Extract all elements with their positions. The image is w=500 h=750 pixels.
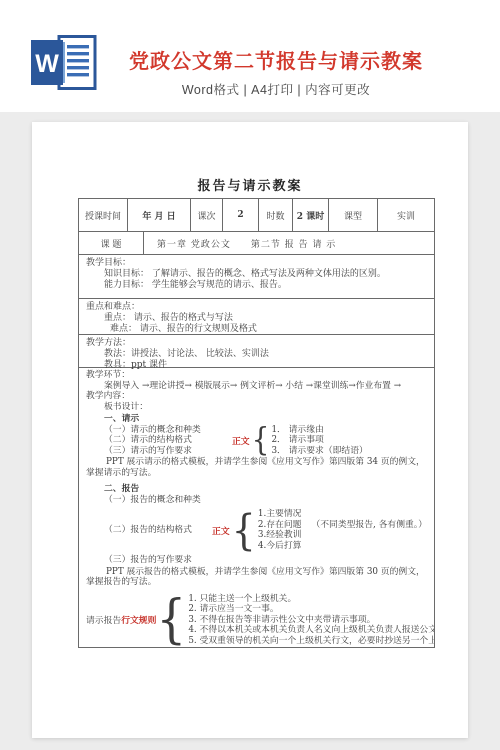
goals-heading: 教学目标： (86, 258, 427, 269)
s2-brace-items: 1.主要情况 2.存在问题（不同类型报告, 各有侧重。） 3.经验教训 4.今后… (258, 509, 427, 551)
rule-4: 4. 不得以本机关或本机关负责人名义向上级机关负责人报送公文。 (188, 625, 434, 636)
focus-heading: 重点和难点： (86, 302, 427, 313)
brace-left-icon: { (232, 509, 256, 551)
s2-ppt-note: PPT 展示报告的格式模板，并请学生参阅《应用文写作》第四版第 30 页的例文，… (86, 567, 427, 588)
value-course-type: 实训 (378, 199, 434, 231)
key-points-block: 重点和难点： 重点： 请示、报告的格式与写法 难点： 请示、报告的行文规则及格式 (79, 299, 434, 335)
page-header: W 党政公文第二节报告与请示教案 Word格式 | A4打印 | 内容可更改 (0, 0, 500, 112)
writing-rules-group: 请示报告行文规则 { 1. 只能主送一个上级机关。 2. 请示应当一文一事。 3… (86, 594, 427, 647)
methods-heading: 教学方法： (86, 338, 427, 349)
s2-item3: （三）报告的写作要求 (86, 555, 427, 566)
s1-ppt-note: PPT 展示请示的格式模板，并请学生参阅《应用文写作》第四版第 34 页的例文，… (86, 457, 427, 478)
s2-brace-item2-text: 2.存在问题 (258, 520, 302, 530)
goals-knowledge: 知识目标： 了解请示、报告的概念、格式写法及两种文体用法的区别。 (86, 269, 427, 280)
process-heading: 教学环节： (86, 370, 427, 381)
product-subtitle: Word格式 | A4打印 | 内容可更改 (0, 80, 500, 98)
rules-items: 1. 只能主送一个上级机关。 2. 请示应当一文一事。 3. 不得在报告等非请示… (188, 594, 434, 647)
rule-3: 3. 不得在报告等非请示性公文中夹带请示事项。 (188, 615, 434, 626)
value-class-date: 年 月 日 (128, 199, 191, 231)
s1-body-label: 正文 (232, 434, 250, 447)
value-lesson-no: 2 (223, 199, 259, 231)
section1-structure-group: （一）请示的概念和种类 （二）请示的结构格式 （三）请示的写作要求 正文 { 1… (86, 425, 427, 457)
s1-brace-item2: 2． 请示事项 (271, 435, 367, 446)
s1-item2: （二）请示的结构格式 (86, 435, 232, 446)
goals-ability: 能力目标： 学生能够会写规范的请示、报告。 (86, 280, 427, 291)
product-title: 党政公文第二节报告与请示教案 (0, 45, 500, 74)
teaching-methods-block: 教学方法： 教法：讲授法、讨论法、 比较法、实训法 教具：ppt 课件 (79, 335, 434, 368)
methods-teach: 教法：讲授法、讨论法、 比较法、实训法 (86, 349, 427, 360)
s2-brace-item4: 4.今后打算 (258, 541, 427, 552)
process-flow: 案例导入 →理论讲授→ 模版展示→ 例文评析→ 小结 →课堂训练→作业布置 → (86, 381, 427, 392)
section1-items: （一）请示的概念和种类 （二）请示的结构格式 （三）请示的写作要求 (86, 425, 232, 457)
rules-label-red: 行文规则 (121, 616, 156, 626)
s2-item2: （二）报告的结构格式 (86, 525, 212, 536)
label-lesson-no: 课次 (191, 199, 223, 231)
brace-left-icon: { (252, 424, 270, 456)
s1-item3: （三）请示的写作要求 (86, 446, 232, 457)
s2-brace-item1: 1.主要情况 (258, 509, 427, 520)
rules-label-black: 请示报告 (86, 616, 121, 626)
s1-brace-items: 1． 请示缘由 2． 请示事项 3． 请示要求（即结语） (271, 425, 367, 457)
teaching-process-block: 教学环节： 案例导入 →理论讲授→ 模版展示→ 例文评析→ 小结 →课堂训练→作… (79, 368, 434, 647)
rule-1: 1. 只能主送一个上级机关。 (188, 594, 434, 605)
document-title: 报告与请示教案 (32, 175, 468, 194)
s2-brace-item2-note: （不同类型报告, 各有侧重。） (311, 520, 427, 530)
info-row: 授课时间 年 月 日 课次 2 时数 2 课时 课型 实训 (79, 199, 434, 232)
s2-brace-item3: 3.经验教训 (258, 530, 427, 541)
lesson-plan-table: 授课时间 年 月 日 课次 2 时数 2 课时 课型 实训 课 题 第一章 党政… (78, 198, 435, 648)
rules-label: 请示报告行文规则 (86, 613, 156, 626)
board-design-heading: 板书设计： (86, 402, 427, 413)
rule-5: 5. 受双重领导的机关向一个上级机关行文，必要时抄送另一个上级机关。 (188, 636, 434, 647)
s2-left: （二）报告的结构格式 (86, 525, 212, 536)
subject-row: 课 题 第一章 党政公文 第二节 报 告 请 示 (79, 232, 434, 255)
section2-structure-group: （二）报告的结构格式 正文 { 1.主要情况 2.存在问题（不同类型报告, 各有… (86, 509, 427, 551)
value-hours: 2 课时 (293, 199, 329, 231)
s1-brace-item1: 1． 请示缘由 (271, 425, 367, 436)
label-class-time: 授课时间 (79, 199, 128, 231)
section2-title: 二、报告 (86, 484, 427, 495)
s2-body-label: 正文 (212, 524, 230, 537)
label-hours: 时数 (259, 199, 293, 231)
teaching-goals-block: 教学目标： 知识目标： 了解请示、报告的概念、格式写法及两种文体用法的区别。 能… (79, 255, 434, 299)
focus-key: 重点： 请示、报告的格式与写法 (86, 313, 427, 324)
s1-item1: （一）请示的概念和种类 (86, 425, 232, 436)
rule-2: 2. 请示应当一文一事。 (188, 604, 434, 615)
document-page-preview: 报告与请示教案 授课时间 年 月 日 课次 2 时数 2 课时 课型 实训 课 … (32, 122, 468, 738)
label-course-type: 课型 (329, 199, 378, 231)
s2-item1: （一）报告的概念和种类 (86, 495, 427, 506)
value-subject: 第一章 党政公文 第二节 报 告 请 示 (144, 232, 434, 254)
brace-left-icon: { (156, 593, 186, 646)
s2-brace-item2: 2.存在问题（不同类型报告, 各有侧重。） (258, 520, 427, 531)
focus-difficult: 难点： 请示、报告的行文规则及格式 (86, 324, 427, 335)
s1-brace-item3: 3． 请示要求（即结语） (271, 446, 367, 457)
content-heading: 教学内容： (86, 391, 427, 402)
label-subject: 课 题 (79, 232, 144, 254)
